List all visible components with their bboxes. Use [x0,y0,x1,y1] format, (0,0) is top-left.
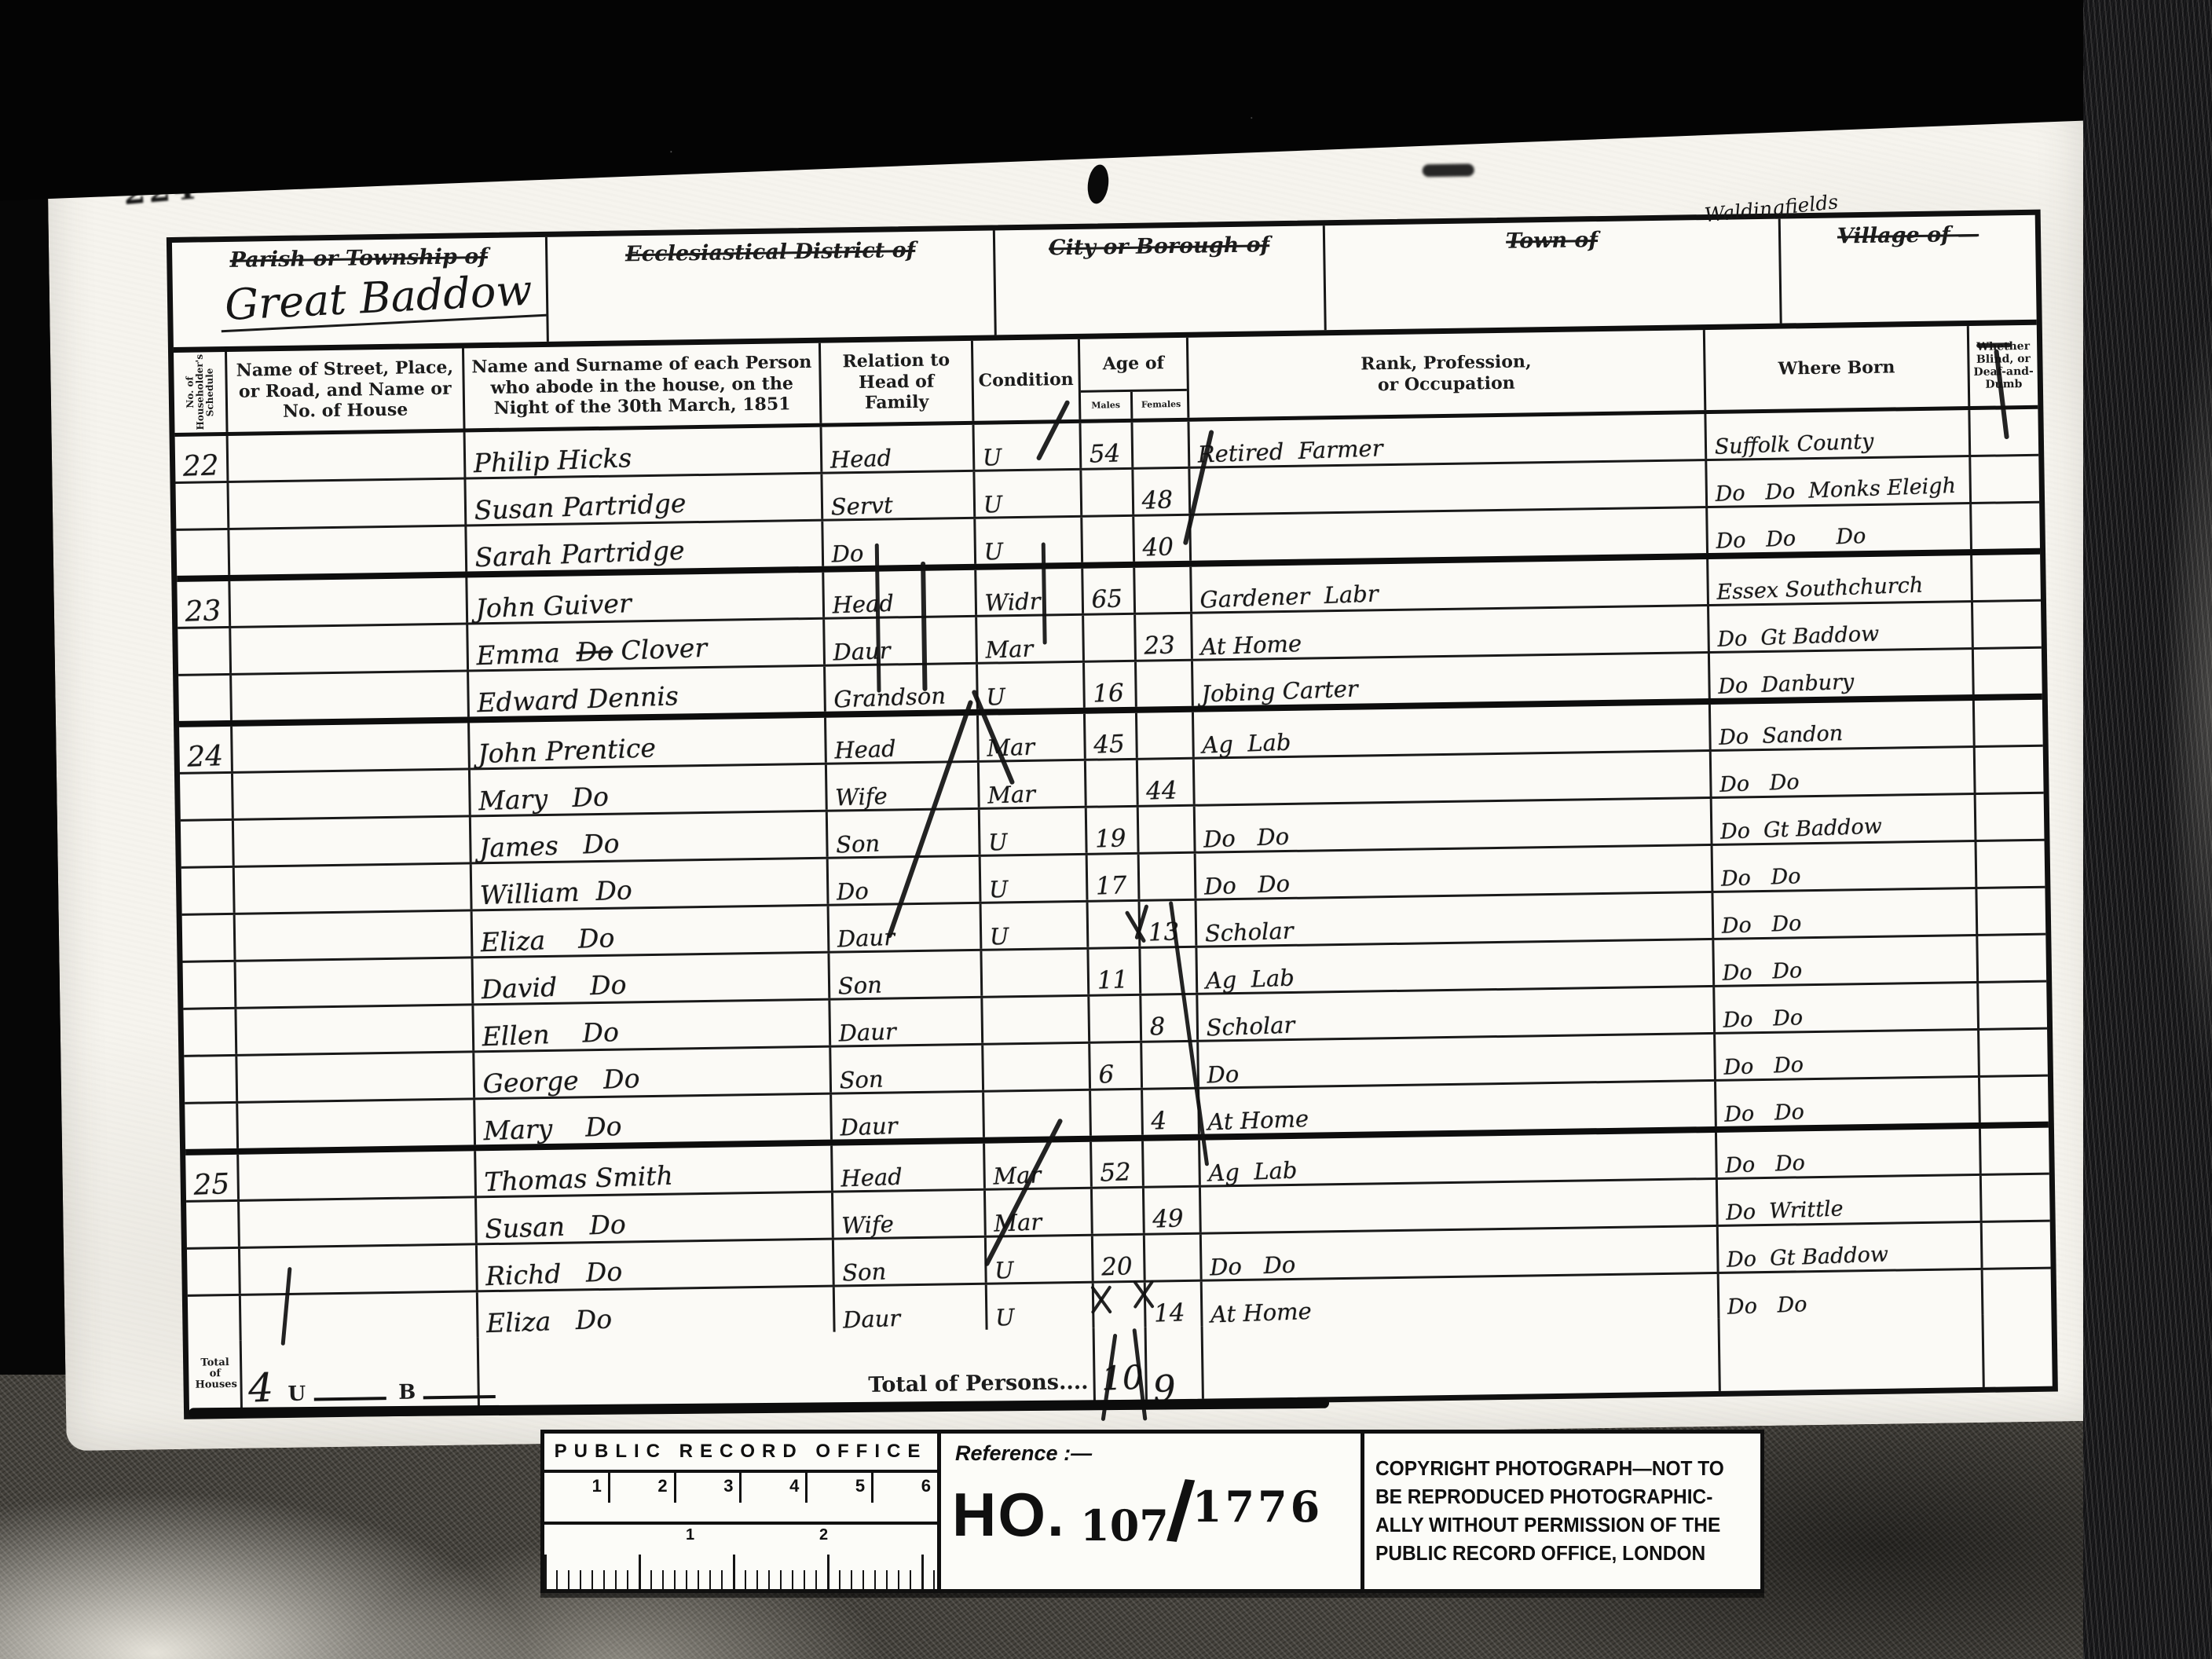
street-cell [231,624,469,672]
copyright-line: PUBLIC RECORD OFFICE, LONDON [1375,1540,1734,1568]
census-photograph-page: 224 Parish or Township of Great Baddow E… [0,0,2212,1659]
person-name-cell: Susan Partridge [466,474,823,525]
schedule-number-cell [178,628,232,674]
person-name-cell: William Do [472,859,829,910]
relation-cell: Wife [827,763,980,810]
condition-cell [983,997,1090,1043]
blind-deaf-cell [1972,504,2040,549]
occupation-cell: At Home [1199,1082,1717,1134]
where-born-cell: Suffolk County [1706,410,1971,459]
ruler-lower-row: 12 [544,1525,937,1589]
street-cell [236,958,474,1006]
town-label: Town of [1325,225,1778,257]
where-born-cell: Do Gt Baddow [1709,602,1974,651]
building-label: B [398,1381,417,1404]
relation-cell: Do [823,519,976,566]
age-females-cell [1140,854,1197,899]
age-males-cell [1084,615,1137,661]
relation-cell: Son [834,1238,987,1285]
age-males-cell: 45 [1086,713,1138,759]
occupation-cell: Scholar [1197,893,1715,946]
census-table: Parish or Township of Great Baddow Eccle… [167,210,2058,1419]
ruler-inch-mark: 5 [808,1473,873,1503]
reference-number-right: 1776 [1192,1481,1323,1532]
age-males-cell: 52 [1092,1141,1144,1187]
reference-number-left: 107 [1080,1500,1169,1551]
person-name-cell: Thomas Smith [476,1146,833,1196]
where-born-cell: Do Do [1715,983,1979,1032]
blind-deaf-cell [1981,1128,2049,1174]
ruler-inch-row: 123456 [544,1473,937,1525]
where-born-cell: Do Danbury [1710,650,1975,698]
age-females-cell [1141,948,1198,994]
age-females-cell: 48 [1133,469,1191,515]
occupation-cell: Do Do [1202,1227,1719,1280]
where-born-cell: Do Do [1716,1078,1981,1126]
table-body: 22 Philip Hicks Head U 54 Retired Farmer… [175,409,2052,1342]
street-cell [233,770,471,818]
age-males-cell: 11 [1089,949,1141,994]
street-cell [236,1005,474,1053]
age-females-cell [1144,1141,1201,1186]
col-name-header: Name and Surname of each Person who abod… [464,343,822,429]
person-name-cell: Philip Hicks [466,427,823,478]
schedule-number-cell [183,962,237,1008]
age-of-label: Age of [1080,338,1187,393]
stamp-ruler-section: PUBLIC RECORD OFFICE 123456 12 [544,1434,941,1589]
street-cell [240,1245,478,1293]
where-born-cell: Do Do [1719,1270,1984,1319]
person-name-cell: Susan Do [477,1193,834,1243]
blind-deaf-cell [1977,888,2045,934]
condition-cell: U [976,518,1083,564]
ecclesiastical-cell: Ecclesiastical District of [548,230,997,341]
condition-cell [984,1091,1092,1137]
street-cell [240,1198,478,1246]
schedule-number-cell [182,915,236,961]
person-name-cell: Edward Dennis [469,667,826,717]
person-name-cell: Eliza Do [478,1287,836,1338]
age-females-cell [1135,567,1192,613]
schedule-number-cell: 24 [179,727,233,772]
ruler-inch-mark: 1 [544,1473,610,1503]
ruler-inch-mark: 2 [610,1473,676,1503]
blind-deaf-cell [1978,936,2046,981]
relation-cell: Head [822,425,976,472]
total-females-cell: 9 [1147,1327,1204,1400]
relation-cell: Son [828,810,981,857]
person-name-cell: Mary Do [471,765,828,815]
person-name-cell: David Do [474,954,831,1004]
occupation-cell: Gardener Labr [1192,559,1709,612]
blind-deaf-cell [1972,555,2041,600]
occupation-cell: Do Do [1196,799,1713,851]
condition-cell: U [978,663,1086,709]
blind-deaf-cell [1979,983,2047,1028]
reference-prefix: HO. [952,1480,1066,1549]
relation-cell: Head [833,1144,986,1191]
schedule-number-cell [184,1057,238,1102]
schedule-number-cell [188,1296,242,1342]
occupation-cell: At Home [1192,606,1710,659]
age-males-cell: 6 [1090,1043,1143,1089]
age-females-cell: 44 [1138,760,1196,805]
schedule-number-cell [186,1202,240,1247]
condition-cell: Widr [976,569,1084,615]
where-born-cell: Do Gt Baddow [1712,795,1977,844]
relation-cell: Head [824,570,977,617]
occupation-cell [1190,461,1708,514]
relation-cell: Grandson [826,665,979,712]
schedule-number-cell: 23 [177,581,231,627]
village-label: Village of — [1781,222,2035,250]
relation-cell: Daur [829,904,983,951]
relation-cell: Son [829,951,983,998]
street-cell [235,864,473,912]
occupation-cell: Jobing Carter [1193,654,1711,706]
age-males-cell: 17 [1088,855,1141,900]
street-cell [229,526,467,574]
where-born-cell: Do Do [1716,1031,1980,1079]
totals-blank-blind-cell [1983,1314,2052,1387]
age-females-cell: 49 [1144,1188,1202,1233]
street-cell [230,577,468,625]
age-males-cell: 54 [1081,423,1133,468]
condition-cell: U [975,471,1082,517]
condition-cell: Mar [980,761,1087,808]
age-males-cell [1090,996,1142,1042]
age-females-cell [1145,1235,1203,1280]
relation-cell: Son [831,1046,984,1093]
uninhabited-blank-line [313,1393,386,1401]
schedule-number-cell [183,1009,237,1055]
blind-deaf-cell [1983,1269,2052,1315]
city-borough-cell: City or Borough of [995,225,1327,335]
where-born-cell: Do Do Monks Eleigh [1707,457,1972,506]
condition-cell: U [981,855,1089,902]
street-cell [238,1100,476,1148]
schedule-number-cell [178,676,233,721]
person-name-cell: Mary Do [475,1095,833,1145]
age-females-cell [1137,712,1195,758]
schedule-number-cell [185,1104,239,1149]
age-females-cell: 14 [1146,1282,1203,1328]
parish-value-handwriting: Great Baddow [219,266,548,333]
schedule-number-cell: 25 [185,1155,240,1200]
stamp-copyright-section: COPYRIGHT PHOTOGRAPH—NOT TO BE REPRODUCE… [1364,1434,1760,1589]
relation-cell: Daur [825,617,978,665]
col-relation-header: Relation to Head of Family [821,341,974,423]
schedule-number-cell [176,530,230,576]
person-name-cell: Richd Do [478,1240,835,1291]
relation-cell: Servt [822,472,976,519]
occupation-cell: Do Do [1196,846,1714,899]
total-houses-label: Total of Houses [195,1357,236,1391]
col-born-header: Where Born [1705,326,1970,410]
ink-blot [1086,163,1111,205]
age-females-cell: 23 [1136,614,1193,660]
schedule-number-cell [180,774,234,819]
ruler-lower-mark: 1 [686,1526,694,1544]
age-females-cell [1137,661,1194,707]
relation-cell: Daur [832,1093,985,1140]
where-born-cell: Essex Southchurch [1708,555,1973,604]
occupation-cell: Ag Lab [1200,1133,1718,1185]
schedule-number-cell [176,483,230,529]
ruler-inch-mark: 3 [676,1473,742,1503]
blind-deaf-cell [1975,700,2043,745]
schedule-number-cell: 22 [175,436,229,482]
total-houses-value-handwriting: 4 [247,1371,273,1407]
age-males-cell [1082,517,1135,562]
person-name-cell: Emma Do Clover [468,620,826,670]
blind-deaf-cell [1974,649,2042,694]
street-cell [232,672,470,720]
where-born-cell: Do Do [1713,842,1978,891]
occupation-cell: Retired Farmer [1189,414,1707,467]
copyright-line: COPYRIGHT PHOTOGRAPH—NOT TO [1375,1455,1734,1483]
occupation-cell: Ag Lab [1194,705,1712,757]
scan-right-black-band [2083,0,2212,1659]
condition-cell: U [980,808,1088,855]
blind-deaf-cell [1983,1222,2051,1268]
age-females-cell [1133,422,1190,467]
age-males-cell: 19 [1087,808,1140,853]
where-born-cell: Do Gt Baddow [1719,1223,1983,1272]
total-persons-cell: Total of Persons.... [479,1328,1096,1410]
uninhabited-label: U [287,1382,307,1406]
age-males-cell: 65 [1083,568,1136,613]
person-name-cell: Eliza Do [473,906,830,957]
public-record-office-stamp: PUBLIC RECORD OFFICE 123456 12 Reference… [540,1430,1764,1593]
blind-deaf-cell [1980,1077,2049,1122]
where-born-cell: Do Do [1714,936,1979,985]
where-born-cell: Do Do Do [1708,504,1972,553]
occupation-cell: At Home [1203,1274,1720,1327]
copyright-line: ALLY WITHOUT PERMISSION OF THE [1375,1511,1734,1540]
street-cell [233,723,471,771]
census-paper-sheet: 224 Parish or Township of Great Baddow E… [47,86,2103,1451]
occupation-cell [1201,1180,1719,1232]
ruler-lower-mark: 2 [819,1526,828,1544]
person-name-cell: John Prentice [470,718,827,768]
person-name-cell: James Do [471,812,829,862]
parish-cell: Parish or Township of Great Baddow [172,237,549,347]
person-name-cell: Sarah Partridge [467,522,824,572]
reference-slash: / [1166,1489,1194,1534]
relation-cell: Daur [835,1285,988,1332]
street-cell [234,817,472,865]
blind-deaf-cell [1982,1175,2050,1221]
age-females-cell [1139,807,1196,852]
age-males-cell: 16 [1085,662,1137,708]
col-occupation-header: Rank, Profession, or Occupation [1188,330,1706,418]
ink-smear [1423,163,1474,177]
schedule-number-cell [181,821,235,866]
col-schedule-header: No. of Householder's Schedule [174,352,229,433]
reference-label: Reference :— [955,1441,1346,1466]
blind-deaf-cell [1971,456,2039,502]
condition-cell: U [987,1236,1094,1283]
occupation-cell: Scholar [1198,987,1716,1040]
blind-deaf-cell [1979,1030,2048,1075]
occupation-cell [1195,752,1712,804]
occupation-cell: Do [1199,1035,1716,1087]
stamp-reference-section: Reference :— HO. 107/1776 [941,1434,1364,1589]
relation-cell: Wife [833,1191,987,1238]
reference-value: HO. 107/1776 [952,1479,1323,1551]
where-born-cell: Do Do [1712,748,1976,797]
stamp-office-title: PUBLIC RECORD OFFICE [544,1434,937,1473]
person-name-cell: George Do [474,1048,832,1098]
total-persons-label: Total of Persons.... [868,1370,1089,1397]
condition-cell [983,1044,1091,1090]
col-age-header: Age of Males Females [1080,338,1189,419]
age-males-cell [1091,1090,1144,1136]
totals-blank-occupation-cell [1203,1319,1721,1399]
person-name-cell: John Guiver [467,573,825,623]
where-born-cell: Do Sandon [1711,701,1976,749]
occupation-cell: Ag Lab [1197,940,1715,993]
street-cell [229,479,467,527]
age-females-cell: 4 [1143,1090,1200,1135]
age-males-label: Males [1081,392,1133,419]
town-cell: Town of [1325,219,1782,331]
relation-cell: Daur [830,998,983,1046]
street-cell [236,911,474,959]
where-born-cell: Do Writtle [1718,1176,1983,1225]
age-males-cell: 20 [1093,1236,1146,1281]
person-name-cell: Ellen Do [474,1001,831,1051]
totals-blank-born-cell [1719,1315,1984,1391]
col-street-header: Name of Street, Place, or Road, and Name… [227,348,465,431]
street-cell [229,432,467,480]
condition-cell: U [982,903,1090,949]
condition-cell: Mar [977,616,1085,662]
ecclesiastical-label: Ecclesiastical District of [548,236,993,267]
ruler-inch-mark: 6 [873,1473,937,1503]
condition-cell: U [987,1284,1095,1330]
total-houses-cell: Total of Houses [189,1341,243,1414]
age-males-cell [1082,470,1134,515]
street-cell [239,1151,477,1199]
blind-deaf-cell [1976,747,2044,793]
condition-cell: U [975,423,1082,470]
city-borough-label: City or Borough of [995,232,1323,261]
street-cell [237,1053,475,1101]
blind-deaf-cell [1973,602,2042,647]
ink-stroke [1976,342,2011,348]
street-cell [241,1292,479,1340]
occupation-cell [1191,508,1708,561]
schedule-number-cell [187,1249,241,1295]
schedule-number-cell [181,868,236,914]
age-males-cell [1093,1188,1145,1234]
houses-value-cell: 4 U B [242,1337,480,1412]
age-females-cell: 40 [1134,516,1192,562]
copyright-line: BE REPRODUCED PHOTOGRAPHIC- [1375,1483,1734,1511]
blind-deaf-cell [1976,794,2045,840]
village-cell: Village of — [1781,215,2037,324]
condition-cell [982,950,1090,996]
age-males-cell [1086,760,1139,806]
ruler-inch-mark: 4 [742,1473,808,1503]
where-born-cell: Do Do [1717,1129,1982,1177]
blind-deaf-cell [1977,841,2045,887]
age-females-label: Females [1133,391,1189,419]
where-born-cell: Do Do [1713,889,1978,938]
